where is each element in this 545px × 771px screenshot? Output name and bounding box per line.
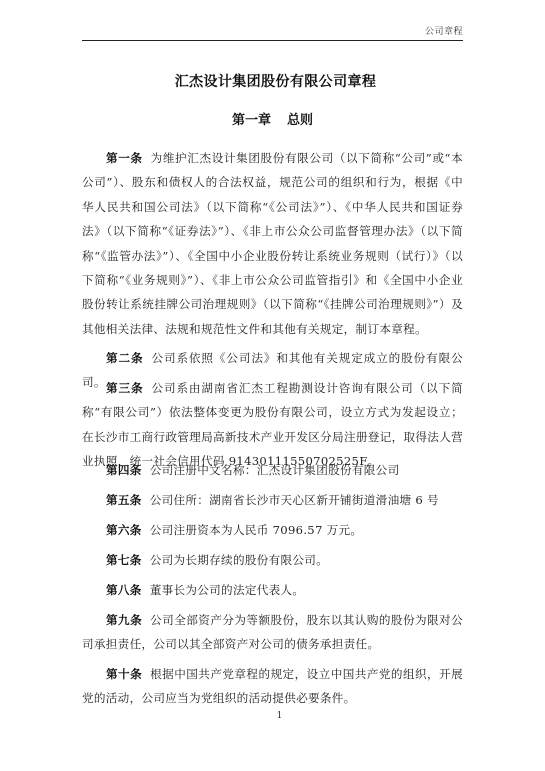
article-text: 公司住所：湖南省长沙市天心区新开铺街道滑油塘 6 号 xyxy=(150,493,439,507)
article-6: 第六条公司注册资本为人民币 7096.57 万元。 xyxy=(82,518,463,542)
running-header: 公司章程 xyxy=(82,26,463,38)
article-number: 第四条 xyxy=(106,463,142,477)
article-text: 公司注册中文名称：汇杰设计集团股份有限公司 xyxy=(150,463,400,477)
article-4: 第四条公司注册中文名称：汇杰设计集团股份有限公司 xyxy=(82,458,463,482)
chapter-number: 第一章 xyxy=(232,113,271,128)
header-divider xyxy=(82,40,463,41)
article-number: 第六条 xyxy=(106,523,142,537)
article-text: 董事长为公司的法定代表人。 xyxy=(150,583,305,597)
article-number: 第一条 xyxy=(106,151,143,165)
article-number: 第八条 xyxy=(106,583,142,597)
article-8: 第八条董事长为公司的法定代表人。 xyxy=(82,578,463,602)
article-7: 第七条公司为长期存续的股份有限公司。 xyxy=(82,548,463,572)
article-number: 第三条 xyxy=(106,381,143,395)
article-number: 第五条 xyxy=(106,493,142,507)
article-number: 第九条 xyxy=(106,613,142,627)
document-page: 公司章程 汇杰设计集团股份有限公司章程 第一章总则 第一条为维护汇杰设计集团股份… xyxy=(0,0,545,771)
document-title: 汇杰设计集团股份有限公司章程 xyxy=(0,72,545,92)
article-text: 公司为长期存续的股份有限公司。 xyxy=(150,553,328,567)
article-text: 为维护汇杰设计集团股份有限公司（以下简称“公司”或“本公司”）、股东和债权人的合… xyxy=(82,151,463,336)
page-number: 1 xyxy=(0,709,545,723)
article-number: 第二条 xyxy=(106,351,143,365)
article-5: 第五条公司住所：湖南省长沙市天心区新开铺街道滑油塘 6 号 xyxy=(82,488,463,512)
article-10: 第十条根据中国共产党章程的规定，设立中国共产党的组织，开展党的活动，公司应当为党… xyxy=(82,662,463,711)
chapter-name: 总则 xyxy=(287,113,313,128)
article-text: 公司注册资本为人民币 7096.57 万元。 xyxy=(150,523,363,537)
chapter-heading: 第一章总则 xyxy=(0,111,545,131)
article-9: 第九条公司全部资产分为等额股份，股东以其认购的股份为限对公司承担责任，公司以其全… xyxy=(82,608,463,657)
article-number: 第七条 xyxy=(106,553,142,567)
article-number: 第十条 xyxy=(106,667,142,681)
article-1: 第一条为维护汇杰设计集团股份有限公司（以下简称“公司”或“本公司”）、股东和债权… xyxy=(82,146,463,341)
